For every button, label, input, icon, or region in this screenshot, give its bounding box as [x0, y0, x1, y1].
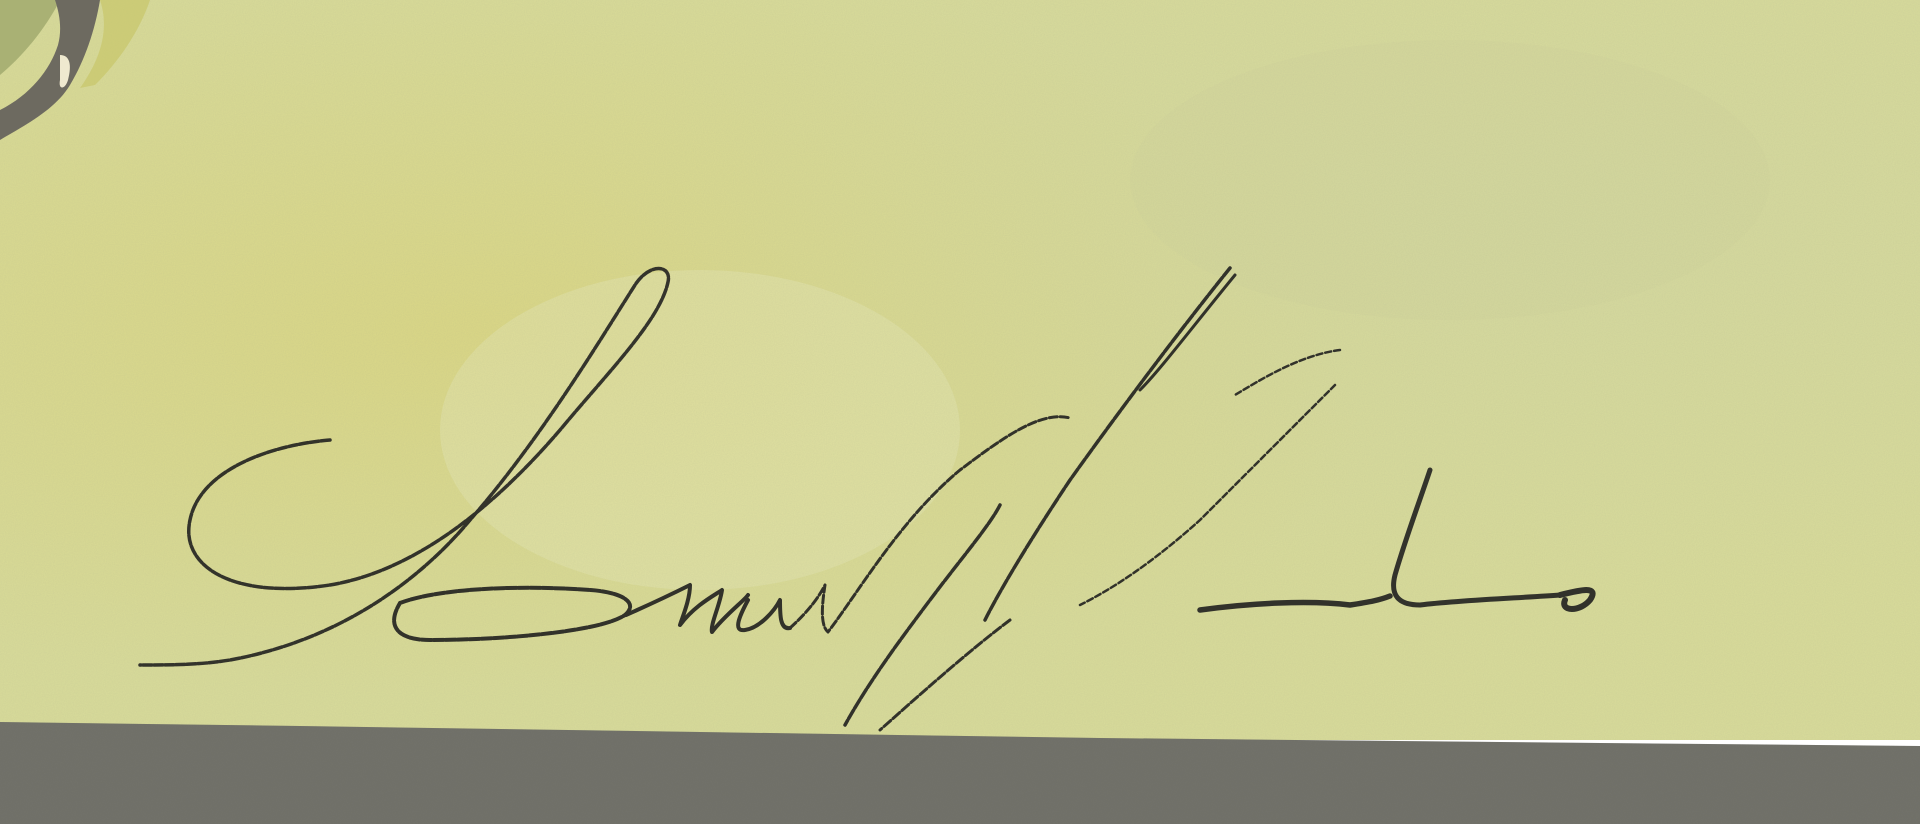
grey-mat-border	[0, 0, 1920, 824]
signature-photo	[0, 0, 1920, 824]
